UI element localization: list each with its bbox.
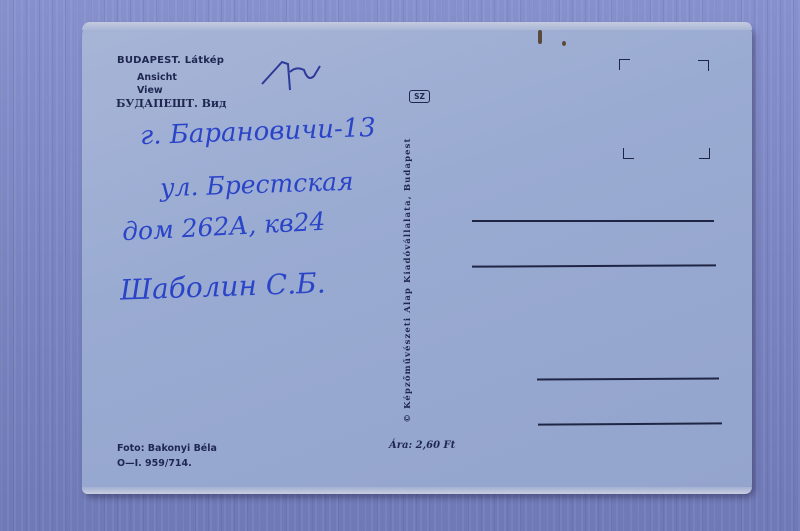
caption-russian: БУДАПЕШТ. Вид [116, 97, 226, 110]
publisher-vertical-text: © Képzőművészeti Alap Kiadóvállalata, Bu… [398, 106, 418, 454]
stain-mark [538, 30, 542, 44]
handwritten-addressee: Шаболин С.Б. [119, 266, 326, 306]
stamp-corner-top-right [698, 60, 709, 71]
stain-mark [562, 41, 566, 46]
postcard-back: BUDAPEST. Látkép Ansicht View БУДАПЕШТ. … [82, 22, 752, 494]
catalog-number: O—I. 959/714. [117, 458, 192, 469]
caption-german: Ansicht [137, 72, 177, 83]
handwritten-address-line1: г. Барановичи-13 [140, 113, 377, 151]
address-line [472, 220, 714, 222]
caption-english: View [137, 85, 163, 96]
caption-hungarian: BUDAPEST. Látkép [117, 55, 224, 66]
address-line [538, 422, 722, 425]
scribble-icon [260, 52, 322, 92]
handwritten-address-line2: ул. Брестская [160, 167, 354, 203]
stamp-corner-bottom-right [699, 148, 710, 159]
photo-credit: Foto: Bakonyi Béla [117, 443, 217, 454]
address-line [537, 378, 719, 381]
price-label: Ára: 2,60 Ft [389, 440, 455, 451]
publisher-badge: SZ [409, 90, 430, 103]
stamp-corner-top-left [619, 59, 630, 70]
address-line [472, 264, 716, 267]
publisher-text: © Képzőművészeti Alap Kiadóvállalata, Bu… [403, 137, 413, 422]
handwritten-address-line3: дом 262А, кв24 [121, 207, 326, 247]
handwritten-mark [260, 52, 322, 96]
stamp-corner-bottom-left [623, 148, 634, 159]
